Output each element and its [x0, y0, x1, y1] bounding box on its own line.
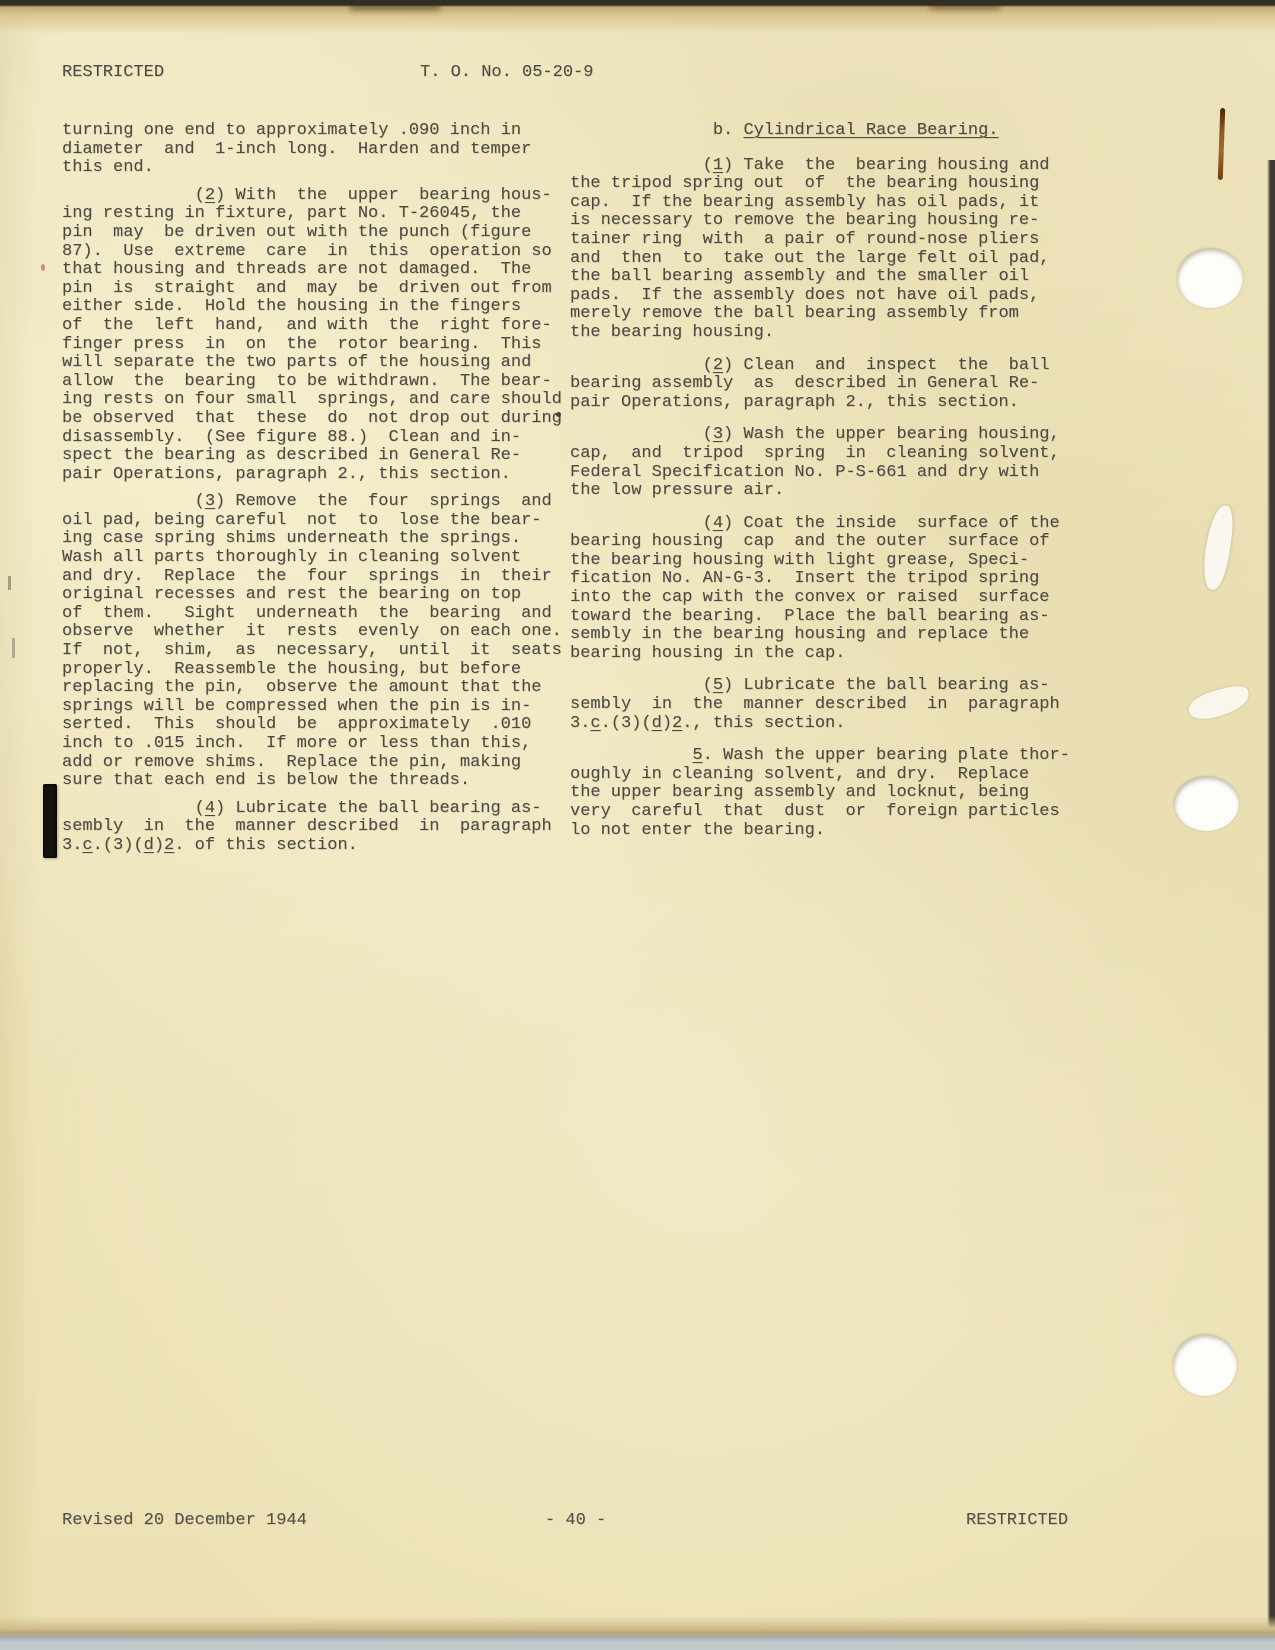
punch-hole — [1173, 1334, 1237, 1396]
paragraph-b3: (3) Wash the upper bearing housing, cap,… — [570, 426, 1092, 500]
ink-streak-mark — [1218, 108, 1226, 180]
header-to-number: T. O. No. 05-20-9 — [420, 64, 593, 83]
footer-page-number: - 40 - — [545, 1512, 606, 1531]
footer-classification: RESTRICTED — [966, 1512, 1068, 1531]
scan-bottom-edge — [0, 1616, 1275, 1650]
paragraph-2: (2) With the upper bearing hous- ing res… — [62, 187, 584, 485]
page-header: RESTRICTED T. O. No. 05-20-9 — [0, 64, 1275, 84]
scan-top-stain — [930, 2, 1000, 10]
punch-hole — [1177, 248, 1243, 308]
header-classification: RESTRICTED — [62, 64, 164, 83]
footer-revision-date: Revised 20 December 1944 — [62, 1512, 307, 1531]
paragraph-b1: (1) Take the bearing housing and the tri… — [570, 157, 1092, 343]
right-column: b. Cylindrical Race Bearing. (1) Take th… — [570, 122, 1092, 854]
scan-top-stain — [350, 2, 440, 11]
page-footer: Revised 20 December 1944 - 40 - RESTRICT… — [0, 1512, 1275, 1532]
paragraph-continuation: turning one end to approximately .090 in… — [62, 122, 584, 178]
scan-top-edge — [0, 0, 1275, 34]
paper-tear — [1186, 683, 1252, 723]
section-heading-cylindrical-race-bearing: b. Cylindrical Race Bearing. — [570, 122, 1092, 141]
margin-mark — [8, 576, 11, 590]
document-page: RESTRICTED T. O. No. 05-20-9 turning one… — [0, 0, 1275, 1650]
paragraph-b5: (5) Lubricate the ball bearing as- sembl… — [570, 677, 1092, 733]
paragraph-5-wash: 5. Wash the upper bearing plate thor- ou… — [570, 747, 1092, 840]
scan-right-edge — [1267, 160, 1275, 1650]
paragraph-b4: (4) Coat the inside surface of the beari… — [570, 515, 1092, 664]
paragraph-4: (4) Lubricate the ball bearing as- sembl… — [62, 800, 584, 856]
margin-mark — [12, 638, 15, 658]
stray-ink-dot — [556, 412, 561, 417]
margin-speck — [41, 264, 45, 271]
paper-tear — [1200, 504, 1236, 592]
paragraph-b2: (2) Clean and inspect the ball bearing a… — [570, 357, 1092, 413]
punch-hole — [1174, 776, 1239, 831]
left-column: turning one end to approximately .090 in… — [62, 122, 584, 865]
revision-change-bar — [43, 784, 57, 858]
paragraph-3: (3) Remove the four springs and oil pad,… — [62, 493, 584, 791]
